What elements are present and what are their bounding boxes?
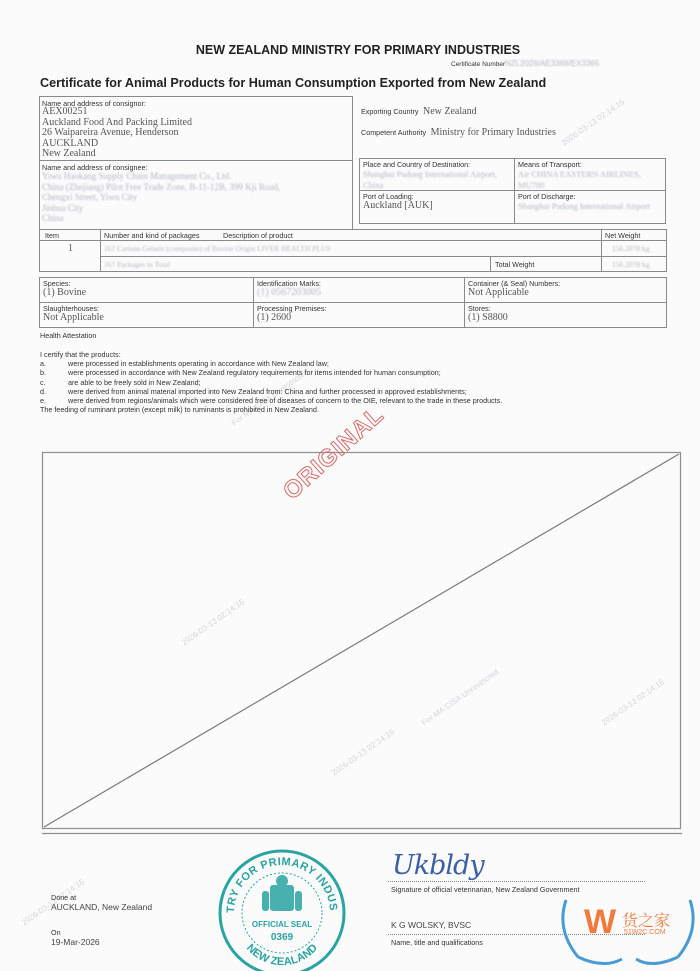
svg-text:NEW ZEALAND: NEW ZEALAND: [244, 942, 320, 968]
veterinarian-signature: Ukbldy: [392, 850, 484, 881]
brand-letter: W: [584, 905, 616, 939]
on-label: On: [51, 928, 61, 937]
coat-of-arms-icon: [262, 875, 302, 911]
signature-caption: Signature of official veterinarian, New …: [391, 885, 579, 894]
signing-date: 19-Mar-2026: [51, 937, 100, 947]
done-at-label: Done at: [51, 893, 76, 902]
svg-text:OFFICIAL SEAL: OFFICIAL SEAL: [252, 920, 312, 929]
veterinarian-name: K G WOLSKY, BVSC: [391, 920, 471, 930]
official-seal: MINISTRY FOR PRIMARY INDUSTRIES NEW ZEAL…: [212, 847, 352, 971]
name-caption: Name, title and qualifications: [391, 938, 483, 947]
brand-cn-text: 货之家: [622, 908, 670, 931]
brand-watermark-logo: W 货之家 51W2C.COM: [556, 895, 700, 971]
brand-domain: 51W2C.COM: [624, 929, 666, 936]
cancelled-area-box: [0, 0, 700, 971]
svg-text:0369: 0369: [271, 932, 294, 943]
done-at-value: AUCKLAND, New Zealand: [51, 902, 152, 912]
